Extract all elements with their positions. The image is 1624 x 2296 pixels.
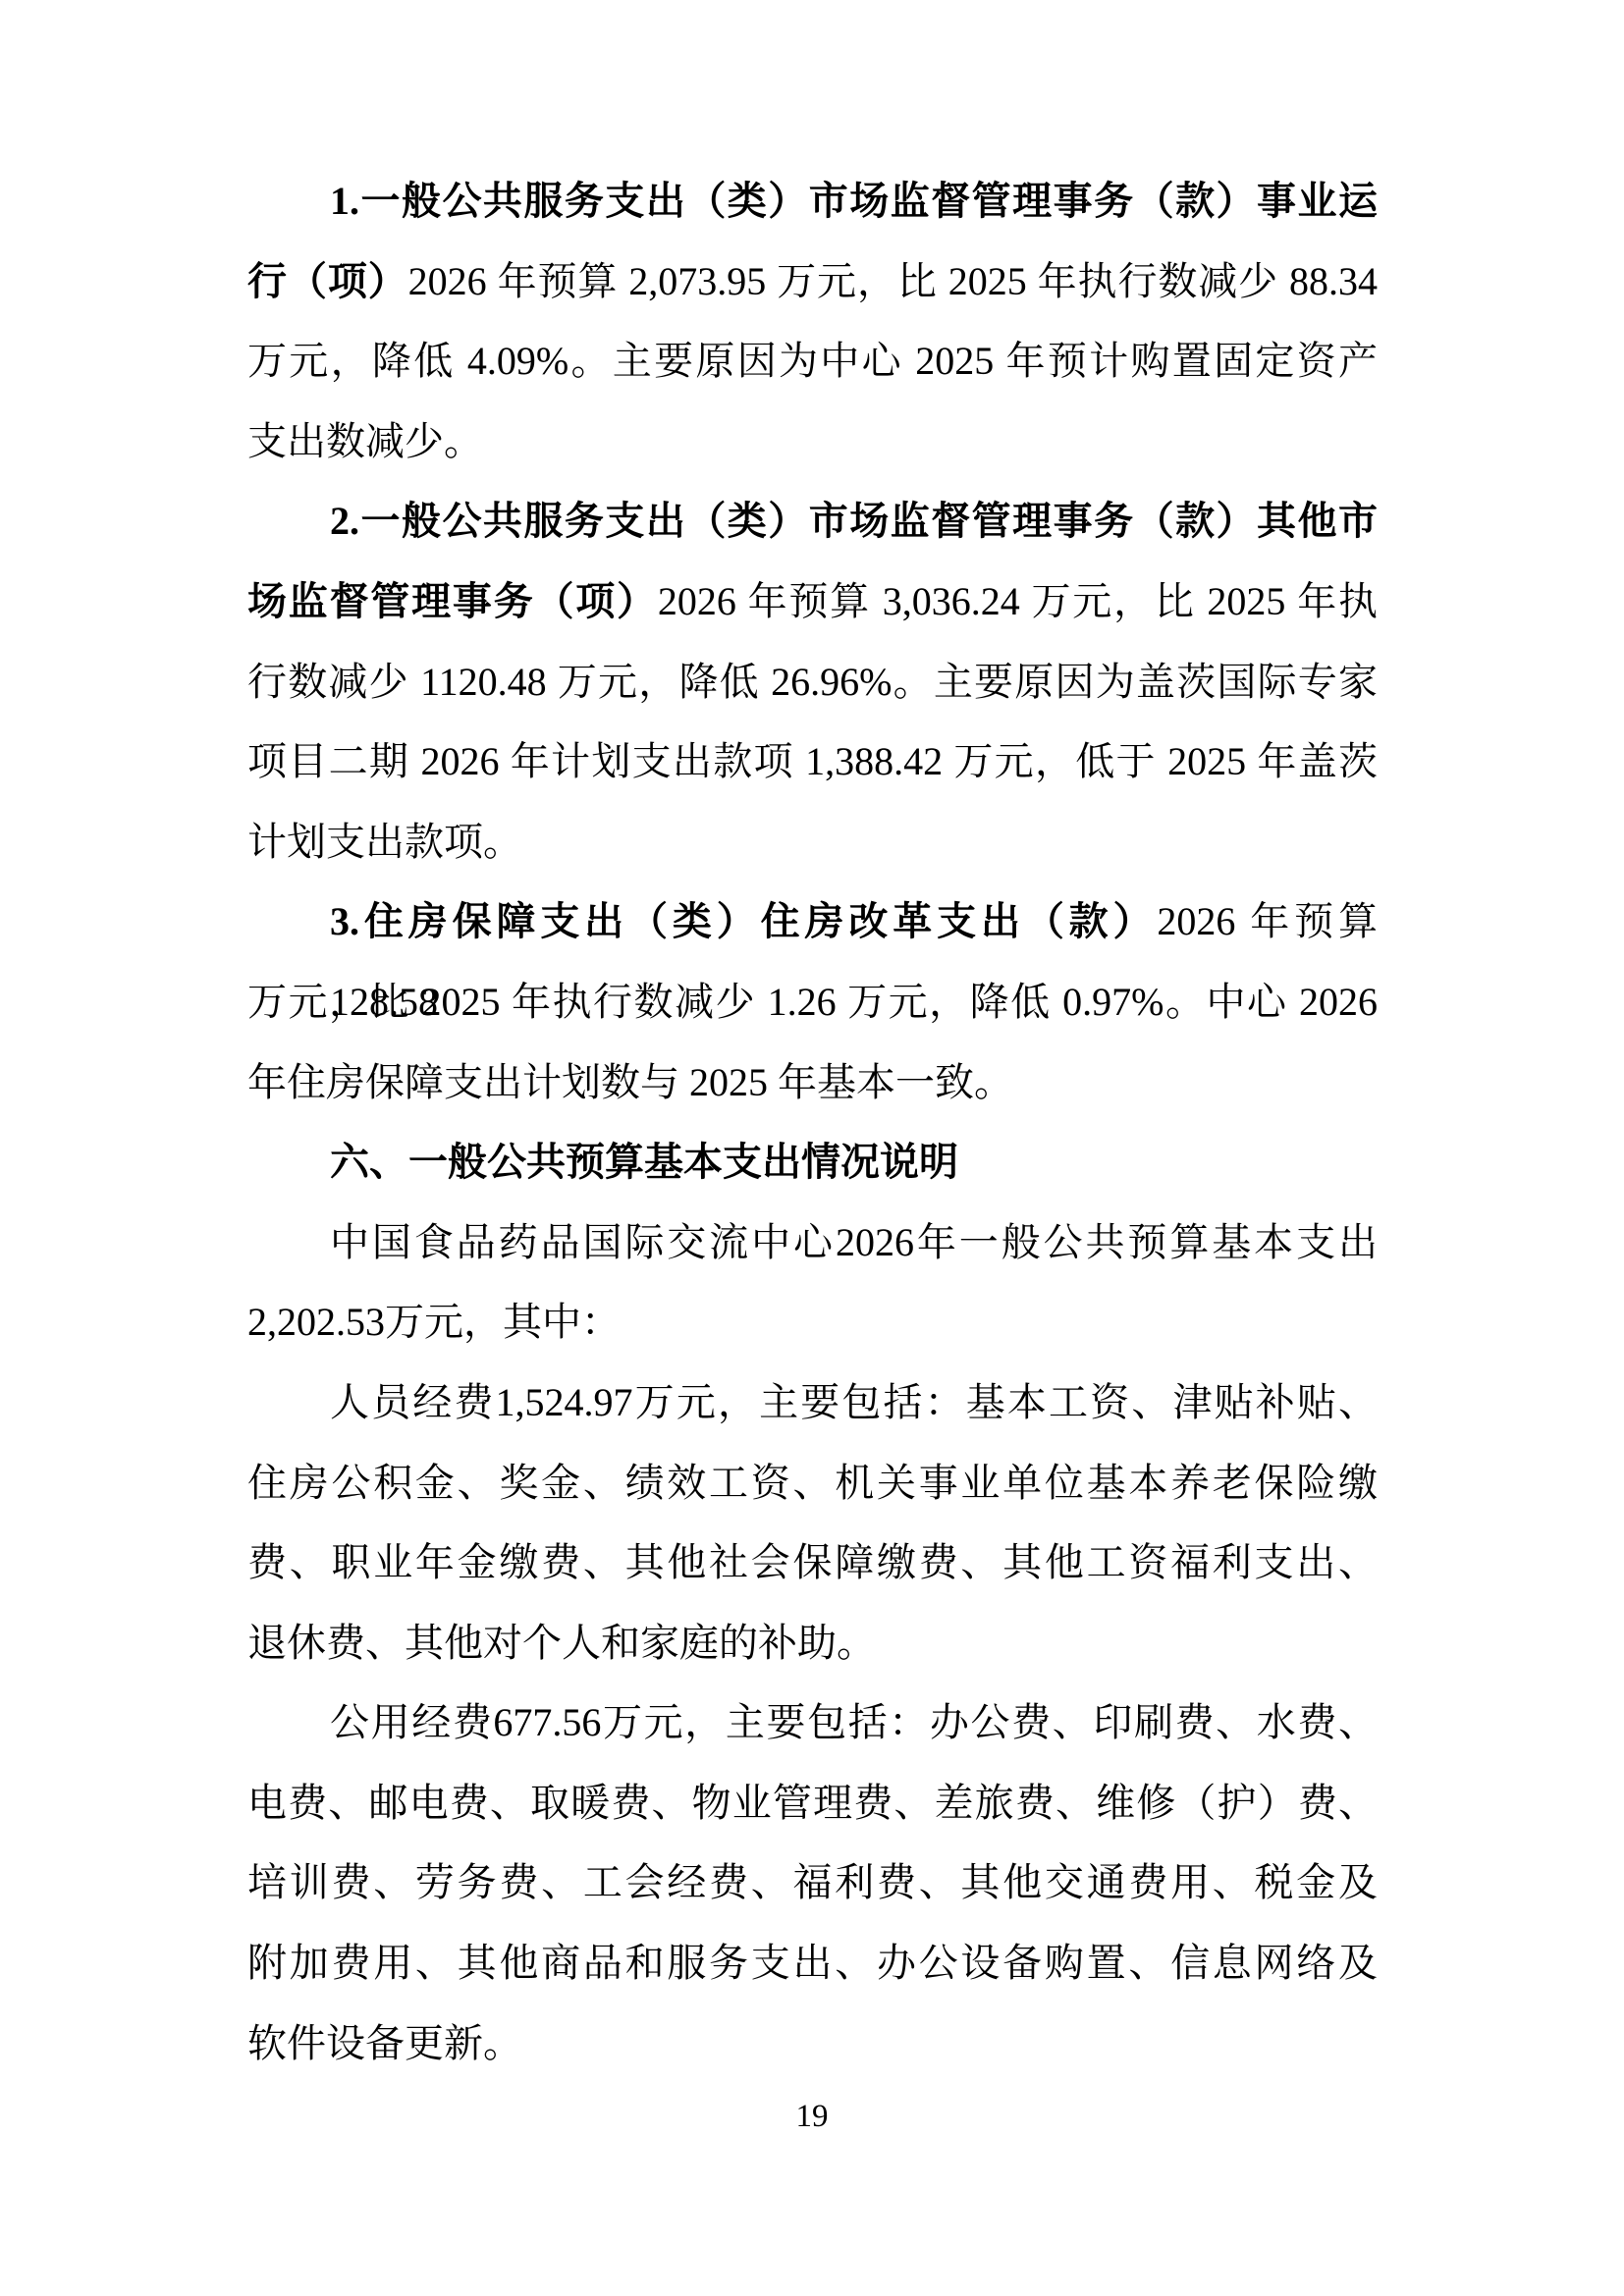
text-line: 2.一般公共服务支出（类）市场监督管理事务（款）其他市 <box>247 481 1378 561</box>
text-line: 公用经费677.56万元，主要包括：办公费、印刷费、水费、 <box>247 1682 1378 1763</box>
section-heading-line: 六、一般公共预算基本支出情况说明 <box>247 1122 1378 1202</box>
line-regular-text: 公用经费677.56万元，主要包括：办公费、印刷费、水费、 <box>330 1700 1378 1744</box>
text-line: 中国食品药品国际交流中心2026年一般公共预算基本支出 <box>247 1202 1378 1283</box>
text-line: 行（项）2026 年预算 2,073.95 万元，比 2025 年执行数减少 8… <box>247 241 1378 322</box>
text-line: 项目二期 2026 年计划支出款项 1,388.42 万元，低于 2025 年盖… <box>247 721 1378 802</box>
line-bold-text: 六、一般公共预算基本支出情况说明 <box>330 1140 958 1184</box>
document-body: 1.一般公共服务支出（类）市场监督管理事务（款）事业运 行（项）2026 年预算… <box>247 161 1378 2083</box>
line-regular-text: 附加费用、其他商品和服务支出、办公设备购置、信息网络及 <box>247 1941 1378 1985</box>
line-regular-text: 2026 年预算 3,036.24 万元，比 2025 年执 <box>658 579 1378 623</box>
line-bold-text: 2.一般公共服务支出（类）市场监督管理事务（款）其他市 <box>330 499 1378 543</box>
line-regular-text: 行数减少 1120.48 万元，降低 26.96%。主要原因为盖茨国际专家 <box>247 660 1378 704</box>
line-regular-text: 万元，降低 4.09%。主要原因为中心 2025 年预计购置固定资产 <box>247 339 1378 383</box>
text-line: 支出数减少。 <box>247 401 1378 482</box>
text-line: 1.一般公共服务支出（类）市场监督管理事务（款）事业运 <box>247 161 1378 241</box>
line-regular-text: 退休费、其他对个人和家庭的补助。 <box>247 1621 876 1665</box>
text-line: 3.住房保障支出（类）住房改革支出（款）2026 年预算 128.58 <box>247 881 1378 962</box>
line-regular-text: 计划支出款项。 <box>247 820 522 864</box>
text-line: 行数减少 1120.48 万元，降低 26.96%。主要原因为盖茨国际专家 <box>247 642 1378 722</box>
line-regular-text: 电费、邮电费、取暖费、物业管理费、差旅费、维修（护）费、 <box>247 1781 1378 1825</box>
line-bold-text: 场监督管理事务（项） <box>247 579 658 623</box>
line-regular-text: 2,202.53万元，其中： <box>247 1300 621 1344</box>
line-regular-text: 项目二期 2026 年计划支出款项 1,388.42 万元，低于 2025 年盖… <box>247 739 1378 783</box>
text-line: 计划支出款项。 <box>247 802 1378 882</box>
text-line: 附加费用、其他商品和服务支出、办公设备购置、信息网络及 <box>247 1923 1378 2003</box>
line-regular-text: 2026 年预算 2,073.95 万元，比 2025 年执行数减少 88.34 <box>408 259 1378 303</box>
text-line: 2,202.53万元，其中： <box>247 1282 1378 1362</box>
line-regular-text: 万元，比 2025 年执行数减少 1.26 万元，降低 0.97%。中心 202… <box>247 980 1378 1024</box>
text-line: 费、职业年金缴费、其他社会保障缴费、其他工资福利支出、 <box>247 1522 1378 1603</box>
line-regular-text: 培训费、劳务费、工会经费、福利费、其他交通费用、税金及 <box>247 1860 1378 1904</box>
text-line: 电费、邮电费、取暖费、物业管理费、差旅费、维修（护）费、 <box>247 1763 1378 1843</box>
text-line: 住房公积金、奖金、绩效工资、机关事业单位基本养老保险缴 <box>247 1443 1378 1523</box>
text-line: 万元，降低 4.09%。主要原因为中心 2025 年预计购置固定资产 <box>247 321 1378 401</box>
text-line: 退休费、其他对个人和家庭的补助。 <box>247 1603 1378 1683</box>
text-line: 人员经费1,524.97万元，主要包括：基本工资、津贴补贴、 <box>247 1362 1378 1443</box>
text-line: 万元，比 2025 年执行数减少 1.26 万元，降低 0.97%。中心 202… <box>247 962 1378 1042</box>
line-regular-text: 中国食品药品国际交流中心2026年一般公共预算基本支出 <box>330 1220 1378 1264</box>
text-line: 场监督管理事务（项）2026 年预算 3,036.24 万元，比 2025 年执 <box>247 561 1378 642</box>
line-regular-text: 住房公积金、奖金、绩效工资、机关事业单位基本养老保险缴 <box>247 1461 1378 1505</box>
line-regular-text: 软件设备更新。 <box>247 2021 522 2065</box>
line-regular-text: 费、职业年金缴费、其他社会保障缴费、其他工资福利支出、 <box>247 1540 1378 1584</box>
text-line: 培训费、劳务费、工会经费、福利费、其他交通费用、税金及 <box>247 1842 1378 1923</box>
line-regular-text: 年住房保障支出计划数与 2025 年基本一致。 <box>247 1060 1013 1104</box>
line-bold-text: 1.一般公共服务支出（类）市场监督管理事务（款）事业运 <box>330 179 1378 223</box>
line-regular-text: 支出数减少。 <box>247 419 483 463</box>
text-line: 年住房保障支出计划数与 2025 年基本一致。 <box>247 1042 1378 1123</box>
line-bold-text: 行（项） <box>247 259 408 303</box>
page-number: 19 <box>0 2099 1624 2134</box>
document-page: 1.一般公共服务支出（类）市场监督管理事务（款）事业运 行（项）2026 年预算… <box>0 0 1624 2296</box>
text-line: 软件设备更新。 <box>247 2003 1378 2084</box>
line-bold-text: 3.住房保障支出（类）住房改革支出（款） <box>330 899 1157 943</box>
line-regular-text: 人员经费1,524.97万元，主要包括：基本工资、津贴补贴、 <box>330 1380 1378 1424</box>
